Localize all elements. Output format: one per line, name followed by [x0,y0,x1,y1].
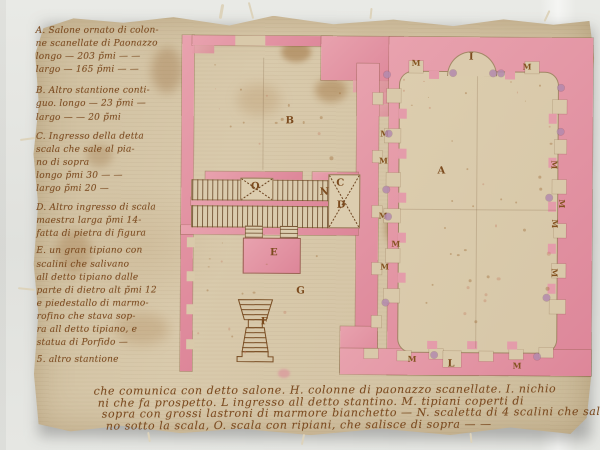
pilaster [549,114,557,124]
column-dot [431,351,438,358]
legend-line: largo p̃mi 20 — [36,182,180,196]
room-label-n: N [320,187,329,198]
legend-bottom-text: che comunica con detto salone. H. colonn… [94,383,596,432]
niche-label-m: M [550,219,560,228]
room-label-d: D [337,200,346,211]
niche [386,173,400,187]
legend-line: statua di Porfido — [37,336,181,350]
pilaster [427,341,437,349]
legend-line: scala che sale al pia- [36,143,180,157]
legend-line: fatta di pietra di figura [36,228,180,242]
legend-line: maestra larga p̃mi 14- [36,215,180,229]
hall-a-interior [397,71,559,354]
legend-line: parte di dietro alt p̃mi 12 [37,284,181,298]
niche [479,351,493,361]
niche-label-m: M [391,239,400,249]
pilaster [548,284,556,294]
doorway [235,36,265,46]
legend-line: all detto tipiano dalle [36,271,180,285]
legend-line: largo — 165 p̃mi — — [36,64,180,78]
stair-flight [191,179,242,200]
column-dot [384,71,391,78]
niche-label-m: M [549,160,559,169]
column-dot [450,70,457,77]
column-dot [557,128,564,135]
pilaster [429,71,439,79]
manuscript-sheet: ABCDEFGNOLIMMMMMMMMMMMMM A. Salone ornat… [0,0,600,450]
niche [552,180,566,194]
niche [371,316,381,328]
niche-label-m: M [408,354,417,364]
niche-label-m: M [380,262,389,272]
column-dot [546,194,553,201]
niche [186,304,194,314]
legend-line: no di sopra [36,156,180,170]
legend-line: 5. altro stantione [37,354,181,368]
legend-text-column: A. Salone ornato di colon-ne scanellate … [36,24,181,367]
niche [187,237,195,247]
column-dot [382,299,389,306]
wall-step [192,45,214,53]
niche-label-m: M [513,360,522,370]
niche [549,300,565,314]
niche [555,140,567,154]
niche [373,93,383,105]
room-label-c: C [336,178,344,189]
column-dot [385,213,392,220]
niche [364,348,378,358]
legend-line: longo — 203 p̃mi — — [36,51,180,65]
pilaster [398,193,406,203]
niche-label-m: M [557,199,567,208]
niche-label-m: M [550,268,560,277]
niche-label-m: M [379,156,388,166]
legend-line: B. Altro stantione conti- [36,85,180,99]
column-dot [557,84,564,91]
pilaster [398,273,406,283]
legend-line: ra all detto tipiano, e [37,323,181,337]
pilaster [398,149,406,159]
niche [553,100,567,114]
legend-line: largo — — 20 p̃mi [36,111,180,125]
niche [386,249,400,263]
niche-label-m: M [523,62,532,72]
room-label-g: G [296,285,305,296]
column-dot [490,70,497,77]
column-dot [383,186,390,193]
legend-line: ne scanellate di Paonazzo [36,38,180,52]
pilaster [399,109,407,119]
legend-line: rofino che stava sop- [37,310,181,324]
room-label-o: O [251,181,260,192]
double-staircase-f [232,298,278,364]
legend-line: E. un gran tipiano con [36,245,180,259]
pilaster [507,341,517,349]
pilaster [548,244,556,254]
niche [186,339,194,349]
room-label-f: F [261,316,268,327]
column-dot [385,130,392,137]
niche-label-m: M [412,58,421,68]
manuscript-photo: ABCDEFGNOLIMMMMMMMMMMMMM A. Salone ornat… [0,0,600,450]
niche [387,89,401,103]
niche [187,271,195,281]
niche [539,348,553,358]
column-dot [498,70,505,77]
legend-line: D. Altro ingresso di scala [36,202,180,216]
niche [509,349,523,359]
room-label-i: I [469,52,474,63]
column-dot [534,353,541,360]
legend-line: longo p̃mi 30 — — [36,169,180,183]
legend-line: scalini che salivano [36,258,180,272]
room-label-a: A [437,165,445,176]
legend-line: e piedestallo di marmo- [37,297,181,311]
room-label-e: E [270,247,278,258]
legend-line: guo. longo — 23 p̃mi — [36,98,180,112]
room-label-b: B [285,115,294,126]
pilaster [505,71,515,79]
legend-line: C. Ingresso della detta [36,130,180,144]
legend-line: A. Salone ornato di colon- [36,24,180,38]
room-label-l: L [447,359,454,370]
column-dot [543,294,550,301]
